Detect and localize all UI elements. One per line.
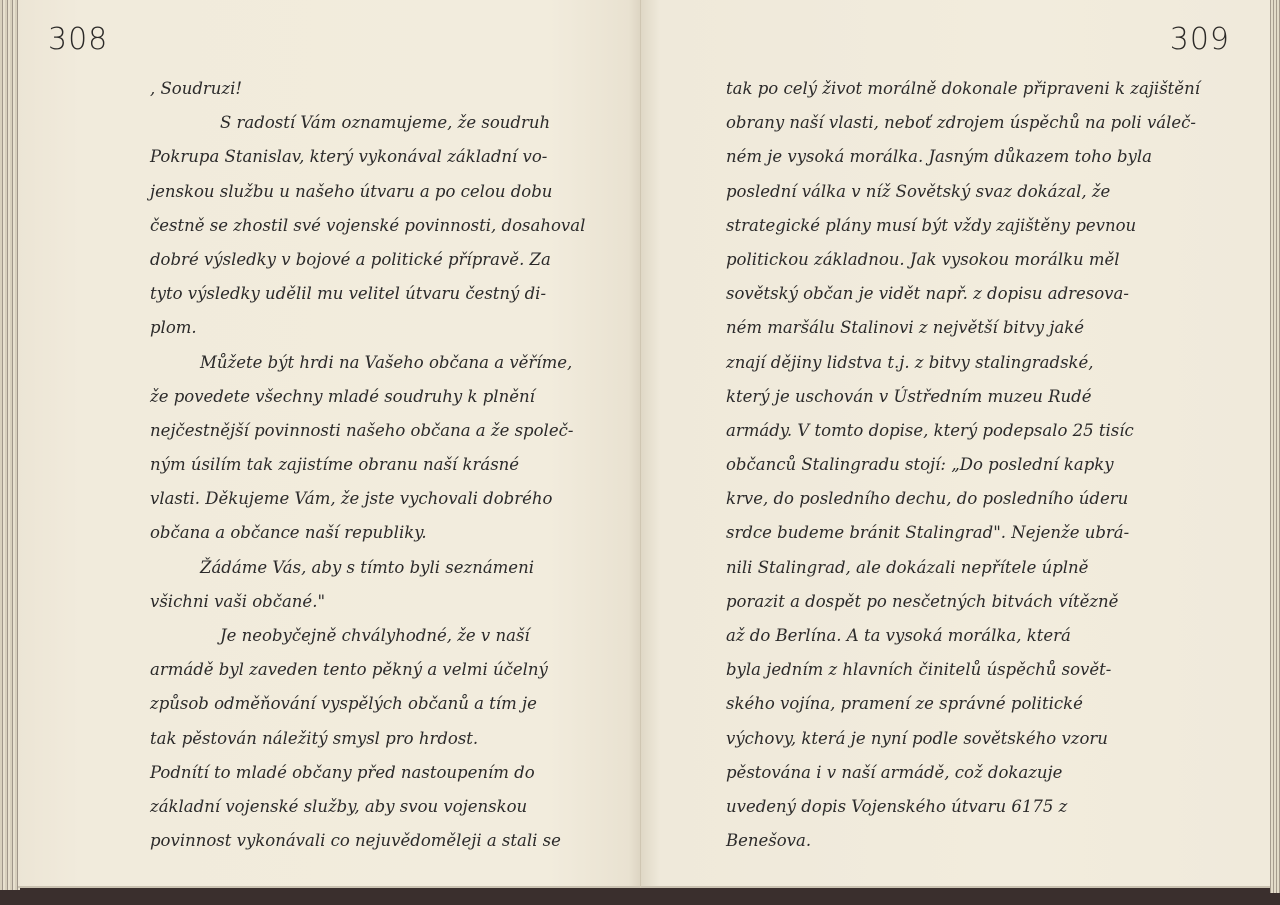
text-line: který je uschován v Ústředním muzeu Rudé [726, 380, 1196, 414]
text-line: strategické plány musí být vždy zajištěn… [726, 209, 1196, 243]
right-page: 309 tak po celý život morálně dokonale p… [641, 0, 1270, 888]
text-line: způsob odměňování vyspělých občanů a tím… [150, 687, 610, 721]
text-line: byla jedním z hlavních činitelů úspěchů … [726, 653, 1196, 687]
text-line: plom. [150, 311, 610, 345]
text-line: , Soudruzi! [150, 72, 610, 106]
text-line: Pokrupa Stanislav, který vykonával zákla… [150, 140, 610, 174]
text-line: poslední válka v níž Sovětský svaz dokáz… [726, 175, 1196, 209]
text-line: čestně se zhostil své vojenské povinnost… [150, 209, 610, 243]
text-line: jenskou službu u našeho útvaru a po celo… [150, 175, 610, 209]
text-line: Benešova. [726, 824, 1196, 858]
text-line: Je neobyčejně chvályhodné, že v naší [150, 619, 610, 653]
text-line: občana a občance naší republiky. [150, 516, 610, 550]
text-line: všichni vaši občané." [150, 585, 610, 619]
text-line: nili Stalingrad, ale dokázali nepřítele … [726, 551, 1196, 585]
page-number-right: 309 [1170, 22, 1230, 57]
text-line: občanců Stalingradu stojí: „Do poslední … [726, 448, 1196, 482]
text-line: až do Berlína. A ta vysoká morálka, kter… [726, 619, 1196, 653]
text-line: tak pěstován náležitý smysl pro hrdost. [150, 722, 610, 756]
text-line: základní vojenské služby, aby svou vojen… [150, 790, 610, 824]
text-line: krve, do posledního dechu, do posledního… [726, 482, 1196, 516]
left-page-text: , Soudruzi! S radostí Vám oznamujeme, že… [150, 72, 610, 858]
page-number-left: 308 [48, 22, 108, 57]
text-line: politickou základnou. Jak vysokou morálk… [726, 243, 1196, 277]
text-line: ným úsilím tak zajistíme obranu naší krá… [150, 448, 610, 482]
text-line: tak po celý život morálně dokonale připr… [726, 72, 1196, 106]
text-line: že povedete všechny mladé soudruhy k pln… [150, 380, 610, 414]
text-line: ského vojína, pramení ze správné politic… [726, 687, 1196, 721]
text-line: pěstována i v naší armádě, což dokazuje [726, 756, 1196, 790]
text-line: dobré výsledky v bojové a politické příp… [150, 243, 610, 277]
text-line: armády. V tomto dopise, který podepsalo … [726, 414, 1196, 448]
text-line: ném maršálu Stalinovi z největší bitvy j… [726, 311, 1196, 345]
right-page-stack-edge [1270, 0, 1280, 893]
right-page-text: tak po celý život morálně dokonale připr… [726, 72, 1196, 858]
left-page-stack-edge [0, 0, 20, 890]
text-line: sovětský občan je vidět např. z dopisu a… [726, 277, 1196, 311]
text-line: vlasti. Děkujeme Vám, že jste vychovali … [150, 482, 610, 516]
text-line: znají dějiny lidstva t.j. z bitvy stalin… [726, 346, 1196, 380]
text-line: armádě byl zaveden tento pěkný a velmi ú… [150, 653, 610, 687]
text-line: porazit a dospět po nesčetných bitvách v… [726, 585, 1196, 619]
text-line: uvedený dopis Vojenského útvaru 6175 z [726, 790, 1196, 824]
text-line: nejčestnější povinnosti našeho občana a … [150, 414, 610, 448]
open-book: 308 , Soudruzi! S radostí Vám oznamujeme… [0, 0, 1280, 893]
text-line: srdce budeme bránit Stalingrad". Nejenže… [726, 516, 1196, 550]
text-line: ném je vysoká morálka. Jasným důkazem to… [726, 140, 1196, 174]
text-line: výchovy, která je nyní podle sovětského … [726, 722, 1196, 756]
text-line: tyto výsledky udělil mu velitel útvaru č… [150, 277, 610, 311]
left-page: 308 , Soudruzi! S radostí Vám oznamujeme… [18, 0, 641, 888]
text-line: Můžete být hrdi na Vašeho občana a věřím… [150, 346, 610, 380]
text-line: Žádáme Vás, aby s tímto byli seznámeni [150, 551, 610, 585]
text-line: povinnost vykonávali co nejuvědoměleji a… [150, 824, 610, 858]
text-line: obrany naší vlasti, neboť zdrojem úspěch… [726, 106, 1196, 140]
text-line: Podnítí to mladé občany před nastoupením… [150, 756, 610, 790]
text-line: S radostí Vám oznamujeme, že soudruh [150, 106, 610, 140]
